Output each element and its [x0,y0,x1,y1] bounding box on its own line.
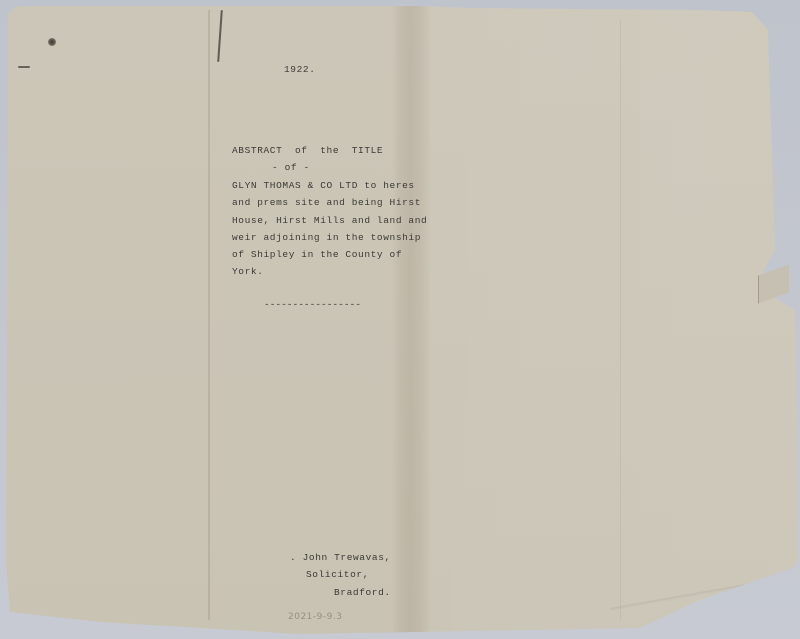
right-panel-shading [430,0,800,639]
title-line: and prems site and being Hirst [232,198,421,208]
punch-hole-icon [48,38,56,46]
signature-location: Bradford. [334,588,391,598]
signature-name: . John Trewavas, [290,553,391,563]
title-line: House, Hirst Mills and land and [232,216,427,226]
document-sheet [0,0,800,639]
vertical-crease-right [620,20,621,620]
title-of-line: - of - [272,163,310,173]
title-heading: ABSTRACT of the TITLE [232,146,383,156]
title-line: of Shipley in the County of [232,250,402,260]
title-line: GLYN THOMAS & CO LTD to heres [232,181,415,191]
vertical-crease-left [208,10,210,620]
pencil-reference-number: 2021-9-9.3 [288,612,342,622]
document-year: 1922. [284,65,316,75]
signature-role: Solicitor, [306,570,369,580]
title-line: weir adjoining in the township [232,233,421,243]
ink-dash-mark [18,66,30,68]
separator-rule: ----------------- [264,300,361,310]
title-line: York. [232,267,264,277]
